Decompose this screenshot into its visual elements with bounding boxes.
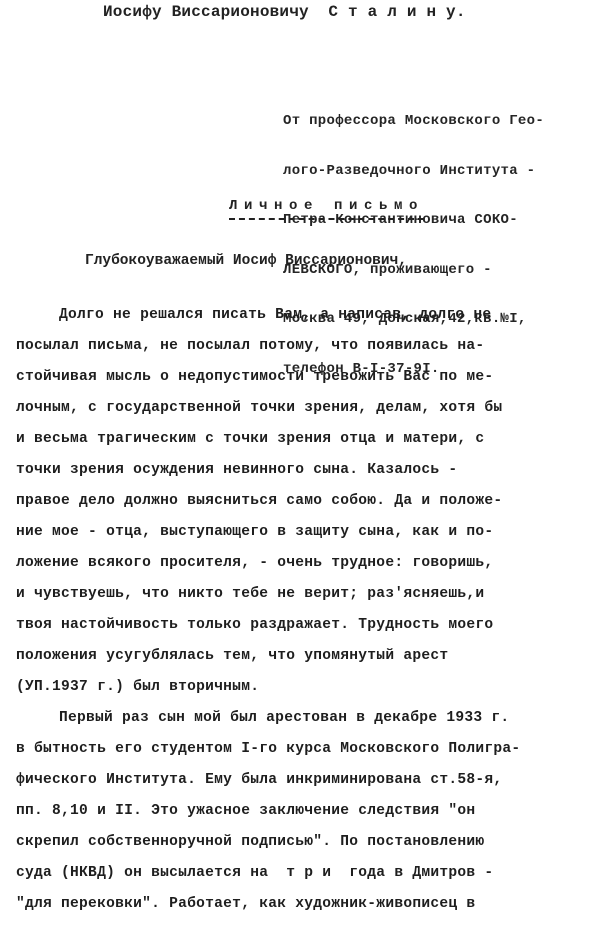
letter-body-line: фического Института. Ему была инкриминир…: [16, 770, 606, 801]
letter-body-line: лочным, с государственной точки зрения, …: [16, 398, 606, 429]
addressee-line: Иосифу Виссарионовичу С т а л и н у.: [103, 3, 466, 21]
letter-body-line: посылал письма, не посылал потому, что п…: [16, 336, 606, 367]
letter-body-line: Долго не решался писать Вам, а написав, …: [16, 305, 606, 336]
letter-body: Долго не решался писать Вам, а написав, …: [16, 305, 606, 925]
salutation: Глубокоуважаемый Иосиф Виссарионович,: [85, 253, 407, 269]
letter-body-line: Первый раз сын мой был арестован в декаб…: [16, 708, 606, 739]
letter-body-line: пп. 8,10 и II. Это ужасное заключение сл…: [16, 801, 606, 832]
document-type-heading: Личное письмо: [229, 198, 424, 220]
letter-body-line: и чувствуешь, что никто тебе не верит; р…: [16, 584, 606, 615]
letter-body-line: в бытность его студентом I-го курса Моск…: [16, 739, 606, 770]
letter-body-line: скрепил собственноручной подписью". По п…: [16, 832, 606, 863]
letter-body-line: "для перековки". Работает, как художник-…: [16, 894, 606, 925]
letter-body-line: твоя настойчивость только раздражает. Тр…: [16, 615, 606, 646]
letter-body-line: и весьма трагическим с точки зрения отца…: [16, 429, 606, 460]
letter-body-line: правое дело должно выясниться само собою…: [16, 491, 606, 522]
letter-body-line: стойчивая мысль о недопустимости тревожи…: [16, 367, 606, 398]
letter-body-line: положения усугублялась тем, что упомянут…: [16, 646, 606, 677]
letter-body-line: ложение всякого просителя, - очень трудн…: [16, 553, 606, 584]
letter-body-line: суда (НКВД) он высылается на т р и года …: [16, 863, 606, 894]
letter-body-line: ние мое - отца, выступающего в защиту сы…: [16, 522, 606, 553]
sender-line: От профессора Московского Гео-: [283, 113, 544, 130]
letter-body-line: точки зрения осуждения невинного сына. К…: [16, 460, 606, 491]
sender-line: лого-Разведочного Института -: [283, 163, 544, 180]
letter-body-line: (УП.1937 г.) был вторичным.: [16, 677, 606, 708]
letter-page: Иосифу Виссарионовичу С т а л и н у. От …: [0, 0, 609, 934]
